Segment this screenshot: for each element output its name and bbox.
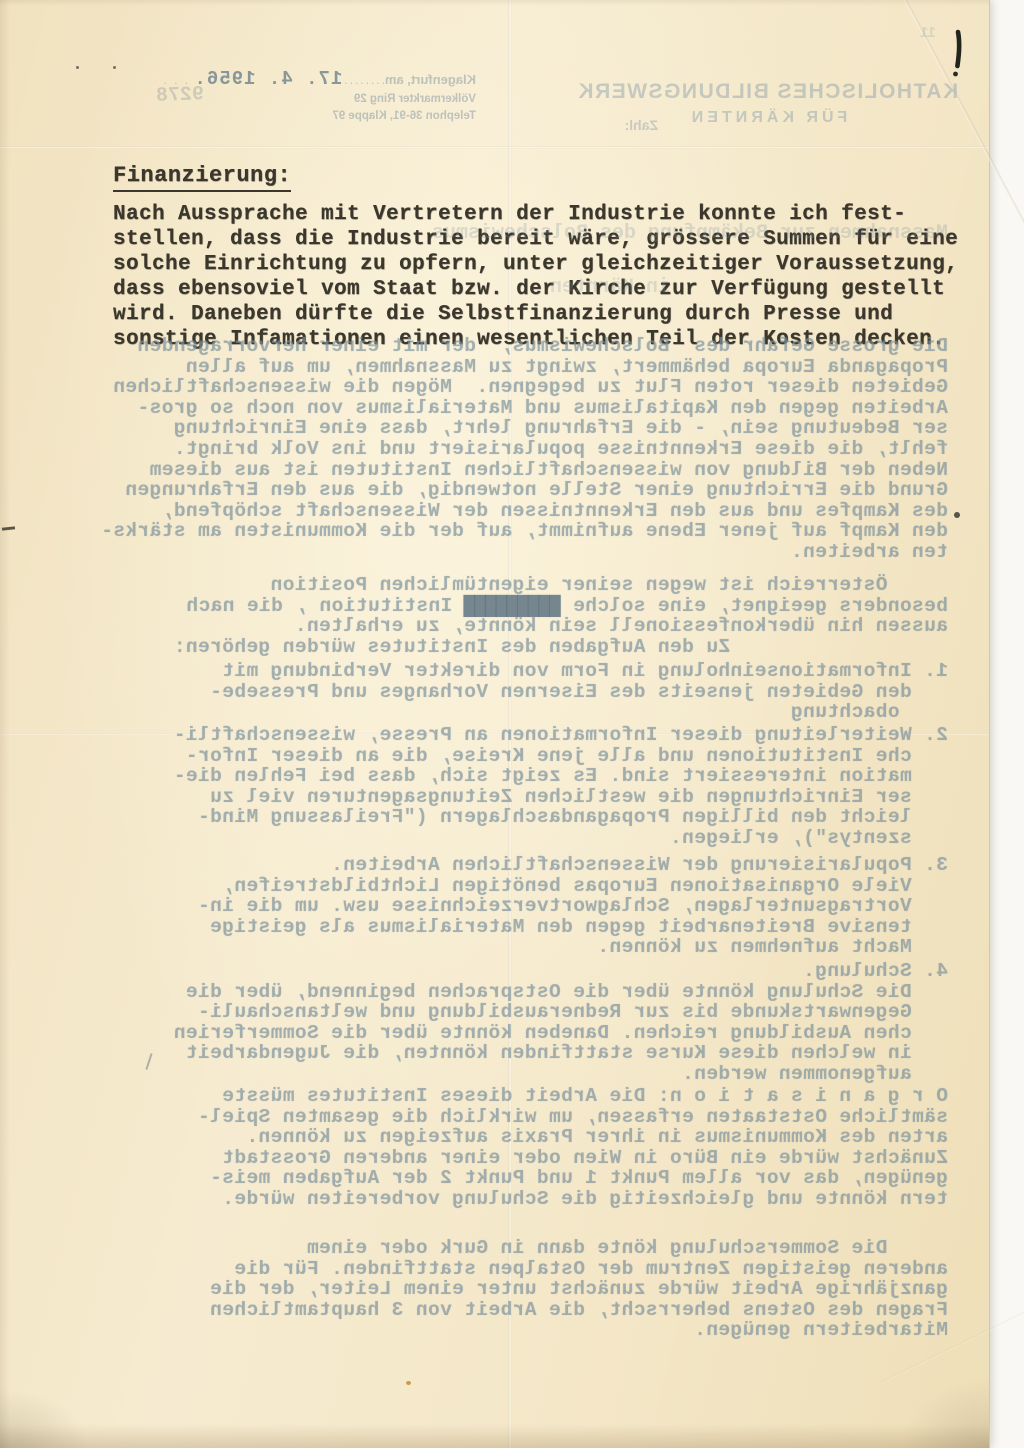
orange-speck (406, 1381, 411, 1385)
bleed-place-label: Klagenfurt, am (385, 72, 476, 87)
scanned-document-page: KATHOLISCHES BILDUNGSWERK FÜR KÄRNTEN Za… (0, 0, 1024, 1448)
dotted-line: ........ (342, 73, 385, 87)
bleed-paragraph-summerschool: Die Sommerschulung könte dann in Gurk od… (60, 1238, 948, 1341)
overstruck-word: █████████ (464, 595, 560, 617)
paper-edge-bottom-shadow (0, 1424, 989, 1448)
bleed-title-line2: in Kärnten (540, 276, 670, 299)
corner-shadow-bottom-left (0, 1388, 90, 1448)
section-heading: Finanzierung: (113, 163, 291, 192)
bleed-date-value: 17. 4. 1956. (193, 68, 342, 90)
bleed-list-item-3: 3. Popularisierung der Wissenschaftliche… (60, 855, 948, 958)
dot-speck-1 (76, 66, 79, 69)
pen-stroke-mark (944, 28, 970, 86)
bleed-paragraph-intro: Die grosse Gefahr des Bolschewismus, der… (60, 336, 948, 563)
corner-shadow-bottom-right (900, 1378, 989, 1448)
bleed-paragraph-austria: Österreich ist wegen seiner eigentümlich… (60, 575, 948, 657)
ink-dot-mark (954, 512, 960, 518)
paper-sheet: KATHOLISCHES BILDUNGSWERK FÜR KÄRNTEN Za… (0, 0, 990, 1448)
bleed-list-item-2: 2. Weiterleitung dieser Informationen an… (60, 725, 948, 849)
bleed-pencil-number: 9278 (156, 83, 205, 108)
bleed-paragraph-organisation: O r g a n i s a t i o n: Die Arbeit dies… (60, 1086, 948, 1210)
dot-speck-2 (113, 66, 116, 69)
recto-text-block: Finanzierung: Nach Aussprache mit Vertre… (113, 163, 973, 352)
bleed-org-name: KATHOLISCHES BILDUNGSWERK (575, 80, 960, 104)
fold-crease-top (0, 146, 989, 149)
bleed-list-item-1: 1. Informationseinholung in Form von dir… (60, 661, 948, 723)
bleed-phone: Telephon 36-91, Klappe 97 (128, 109, 476, 124)
bleed-zahl-label: Zahl: (588, 117, 658, 133)
paper-edge-top-shadow (0, 0, 989, 6)
bleed-page-mark: 11 (920, 24, 936, 41)
bleed-list-item-4: 4. Schulung. Die Schulung könnte über di… (60, 961, 948, 1085)
bleed-title-line1: Massnahmen zur Bekämpfung des Bolschewis… (388, 222, 948, 245)
paper-edge-left-shadow (0, 0, 10, 1448)
